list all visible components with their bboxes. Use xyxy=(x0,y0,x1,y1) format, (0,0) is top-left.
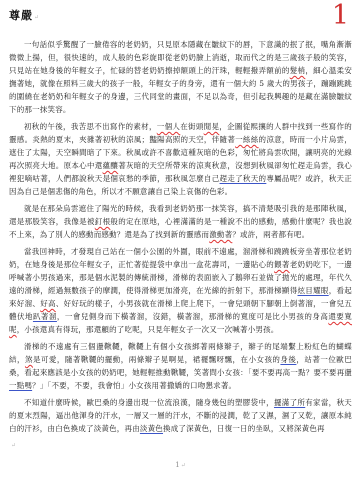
marked-phrase-blue: 擺滿了所 xyxy=(274,398,305,407)
marked-phrase-red: 激動著 xyxy=(209,230,232,239)
paragraph: 當我回神時，才發現自己站在一個小公園的外圍，眼前不遠處，溜滑梯和蹺蹺板旁坐著那位… xyxy=(9,245,352,336)
marked-phrase-blue: 身後 xyxy=(280,355,296,364)
paragraph: 一句話似乎驚醒了一臉倦容的老奶奶，只見原本隱藏在皺紋下的唇，下意識的抿了抿，嘴角… xyxy=(9,38,352,116)
body-text-segment: ？或許，兩者都有吧。 xyxy=(232,230,309,239)
marked-phrase-blue: 一點嗎 xyxy=(9,381,32,390)
paragraph: 就是在那朵烏雲遮住了陽光的時候，我看到老奶奶那一抹笑容，搞不清楚吸引我的是那陣秋… xyxy=(9,202,352,241)
marked-phrase-red: 餵著 xyxy=(274,260,290,269)
marked-phrase-red: 一個人 xyxy=(157,122,180,131)
body-text-segment: ？」「不要，不要，我會怕」小女孩用著撒嬌的口吻懇求著。 xyxy=(32,381,236,390)
marked-phrase-red: 髮梢 xyxy=(290,66,306,75)
document-page: 尊嚴↵ 1 一句話似乎驚醒了一臉倦容的老奶奶，只見原本隱藏在皺紋下的唇，下意識的… xyxy=(0,0,361,480)
paragraph: 初秋的午後，我苦思不出寫作的素材，一個人在街頭閒晃，企圖從熙攘的人群中找到一些寫… xyxy=(9,120,352,198)
marked-phrase-red: 好高 xyxy=(40,299,56,308)
marked-phrase-red: 蘊釀 xyxy=(103,161,119,170)
paragraph: 不知道什麼時候，歐巴桑的身邊出現一位流浪漢，隨身幾包的塑膠袋中，擺滿了所有家當，… xyxy=(9,396,352,435)
marked-phrase-blue: 趴著溜 xyxy=(33,312,57,321)
marked-phrase-blue: 趕走了秋天的 xyxy=(220,174,267,183)
marked-phrase-blue: 炫目耀眼 xyxy=(298,286,329,295)
page-header: 尊嚴↵ 1 xyxy=(9,5,352,31)
page-number-top-right: 1 xyxy=(332,1,349,31)
body-text-segment: 初秋的午後，我苦思不出寫作的素材， xyxy=(24,122,157,131)
body-text-segment: ，一會兒側身而下橫著溜，沒錯，橫著溜，那滑梯的寬度可是比小男孩的身高 xyxy=(57,312,328,321)
marked-phrase-red: 一絲絲 xyxy=(235,135,258,144)
footer-return-mark: ↵ xyxy=(181,462,186,469)
marked-phrase-blue: 淡黃色 xyxy=(140,424,163,433)
marked-phrase-red: 煞 xyxy=(25,355,33,364)
paragraph: 滑梯的不遠處有三個盪鞦韆，鞦韆上有個小女孩綁著兩條辮子，辮子的尾端繫上粉紅色的蝴… xyxy=(9,340,352,392)
body-text-segment: ，小孩還真有得玩，那還顧的了吃呢，只見年輕女子一次又一次喊著小男孩。 xyxy=(17,325,279,334)
body-text-segment: 換成了深黃色，日復一日的坐臥，又將深黃色再 xyxy=(163,424,325,433)
empty-paragraph-mark: ↵ xyxy=(11,439,352,452)
footer-page-number: 1 xyxy=(175,461,179,469)
marked-phrase-red: 閒晃 xyxy=(204,122,220,131)
document-title: 尊嚴↵ xyxy=(9,7,40,23)
paragraph-return-mark: ↵ xyxy=(34,14,40,21)
body-text-segment: 是可愛，隨著鞦韆的擺動，兩條辮子晃啊晃，裙襬飄呀飄，在小女孩的 xyxy=(33,355,280,364)
body-text-segment: 在街頭 xyxy=(180,122,203,131)
document-title-text: 尊嚴 xyxy=(9,9,33,22)
page-footer: 1↵ xyxy=(0,461,361,469)
marked-phrase-red: 釘根 xyxy=(95,217,111,226)
body-text-segment: 不知道什麼時候，歐巴桑的身邊出現一位流浪漢，隨身幾包的塑膠袋中， xyxy=(24,398,274,407)
document-body: 一句話似乎驚醒了一臉倦容的老奶奶，只見原本隱藏在皺紋下的唇，下意識的抿了抿，嘴角… xyxy=(9,38,352,435)
